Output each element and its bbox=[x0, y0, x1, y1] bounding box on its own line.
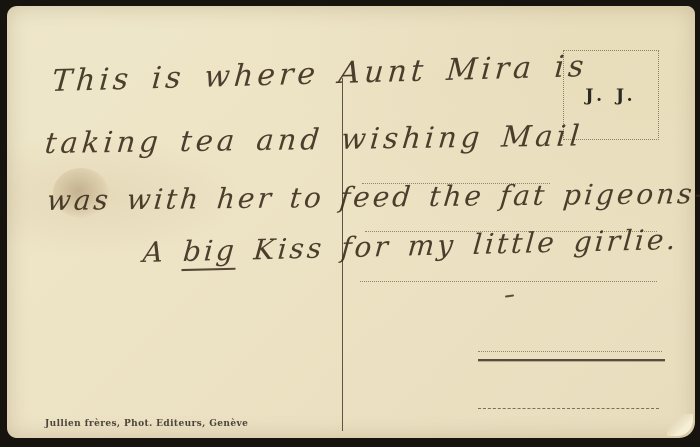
publisher-imprint: Jullien frères, Phot. Editeurs, Genève bbox=[45, 419, 248, 429]
handwritten-line-2: taking tea and wishing Mail bbox=[43, 118, 584, 160]
page-curl bbox=[667, 414, 693, 436]
photo-backdrop: J. J. This is where Aunt Mira is taking … bbox=[0, 0, 700, 447]
address-line-4 bbox=[478, 351, 662, 352]
stray-pen-mark bbox=[505, 294, 514, 297]
postcard-back: J. J. This is where Aunt Mira is taking … bbox=[7, 6, 695, 438]
handwritten-line-1: This is where Aunt Mira is bbox=[51, 49, 589, 99]
handwritten-line-4-post: Kiss for my little girlie. bbox=[236, 223, 680, 267]
handwritten-line-3: was with her to feed the fat pigeons- bbox=[45, 177, 700, 217]
handwritten-line-4: A big Kiss for my little girlie. bbox=[142, 223, 680, 269]
address-line-5 bbox=[478, 408, 659, 409]
handwritten-underlined-word: big bbox=[182, 234, 239, 271]
stamp-box-monogram: J. J. bbox=[585, 86, 636, 106]
address-line-3 bbox=[360, 281, 657, 282]
address-line-heavy-rule bbox=[478, 359, 665, 361]
handwritten-line-4-pre: A bbox=[142, 235, 185, 269]
